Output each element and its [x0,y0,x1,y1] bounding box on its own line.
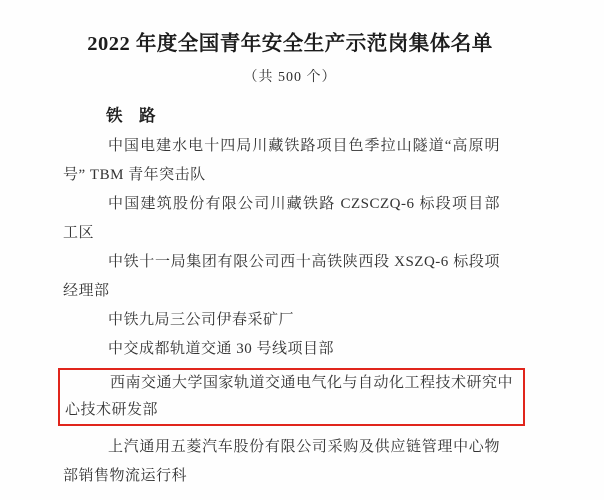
entry-line: 中国电建水电十四局川藏铁路项目色季拉山隧道“高原明珠 [63,132,500,161]
entry-line: 中交成都轨道交通 30 号线项目部 [63,335,500,364]
entry-line: 号” TBM 青年突击队 [63,161,500,190]
document-header: 2022 年度全国青年安全生产示范岗集体名单 （共 500 个） [0,0,580,86]
highlight-box: 西南交通大学国家轨道交通电气化与自动化工程技术研究中 心技术研发部 [58,368,525,426]
entry-line: 经理部 [63,277,500,306]
total-count-subtitle: （共 500 个） [0,66,580,86]
entry-line: 上汽通用五菱汽车股份有限公司采购及供应链管理中心物流 [63,433,500,462]
entry-line-highlighted: 心技术研发部 [65,397,523,424]
entry-line: 中国建筑股份有限公司川藏铁路 CZSCZQ-6 标段项目部二 [63,190,500,219]
page-title: 2022 年度全国青年安全生产示范岗集体名单 [0,26,580,56]
entry-line: 部销售物流运行科 [63,462,500,491]
section-heading-railway: 铁 路 [106,106,156,126]
document-page: 2022 年度全国青年安全生产示范岗集体名单 （共 500 个） 铁 路 中国电… [0,0,604,500]
entry-line: 中铁十一局集团有限公司西十高铁陕西段 XSZQ-6 标段项目 [63,248,500,277]
award-list: 中国电建水电十四局川藏铁路项目色季拉山隧道“高原明珠 号” TBM 青年突击队 … [63,132,500,491]
entry-line: 中铁九局三公司伊春采矿厂 [63,306,500,335]
entry-line-highlighted: 西南交通大学国家轨道交通电气化与自动化工程技术研究中 [65,370,523,397]
entry-line: 工区 [63,219,500,248]
